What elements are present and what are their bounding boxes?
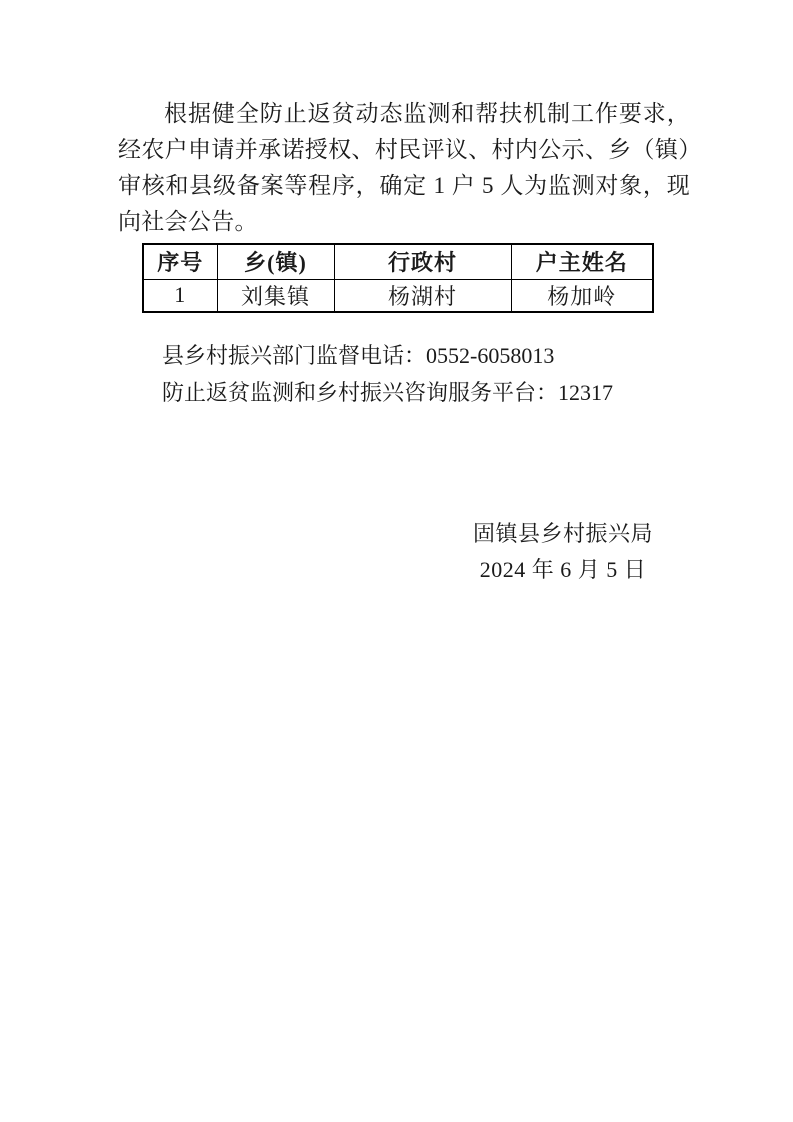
signature-organization: 固镇县乡村振兴局 bbox=[438, 516, 688, 552]
service-platform-line: 防止返贫监测和乡村振兴咨询服务平台：12317 bbox=[118, 374, 690, 411]
announcement-paragraph: 根据健全防止返贫动态监测和帮扶机制工作要求，经农户申请并承诺授权、村民评议、村内… bbox=[118, 96, 690, 240]
signature-block: 固镇县乡村振兴局 2024 年 6 月 5 日 bbox=[438, 516, 688, 588]
announcement-page: 根据健全防止返贫动态监测和帮扶机制工作要求，经农户申请并承诺授权、村民评议、村内… bbox=[0, 0, 793, 1122]
cell-index: 1 bbox=[143, 279, 217, 312]
cell-town: 刘集镇 bbox=[217, 279, 334, 312]
monitoring-objects-table: 序号 乡(镇) 行政村 户主姓名 1 刘集镇 杨湖村 杨加岭 bbox=[142, 243, 654, 313]
contact-info: 县乡村振兴部门监督电话：0552-6058013 防止返贫监测和乡村振兴咨询服务… bbox=[118, 337, 690, 411]
cell-village: 杨湖村 bbox=[334, 279, 511, 312]
signature-date: 2024 年 6 月 5 日 bbox=[438, 552, 688, 588]
table-row: 1 刘集镇 杨湖村 杨加岭 bbox=[143, 279, 653, 312]
cell-householder: 杨加岭 bbox=[511, 279, 653, 312]
table-header-householder: 户主姓名 bbox=[511, 244, 653, 279]
table-header-village: 行政村 bbox=[334, 244, 511, 279]
supervision-phone-line: 县乡村振兴部门监督电话：0552-6058013 bbox=[118, 337, 690, 374]
table-header-row: 序号 乡(镇) 行政村 户主姓名 bbox=[143, 244, 653, 279]
table-header-town: 乡(镇) bbox=[217, 244, 334, 279]
table-header-index: 序号 bbox=[143, 244, 217, 279]
